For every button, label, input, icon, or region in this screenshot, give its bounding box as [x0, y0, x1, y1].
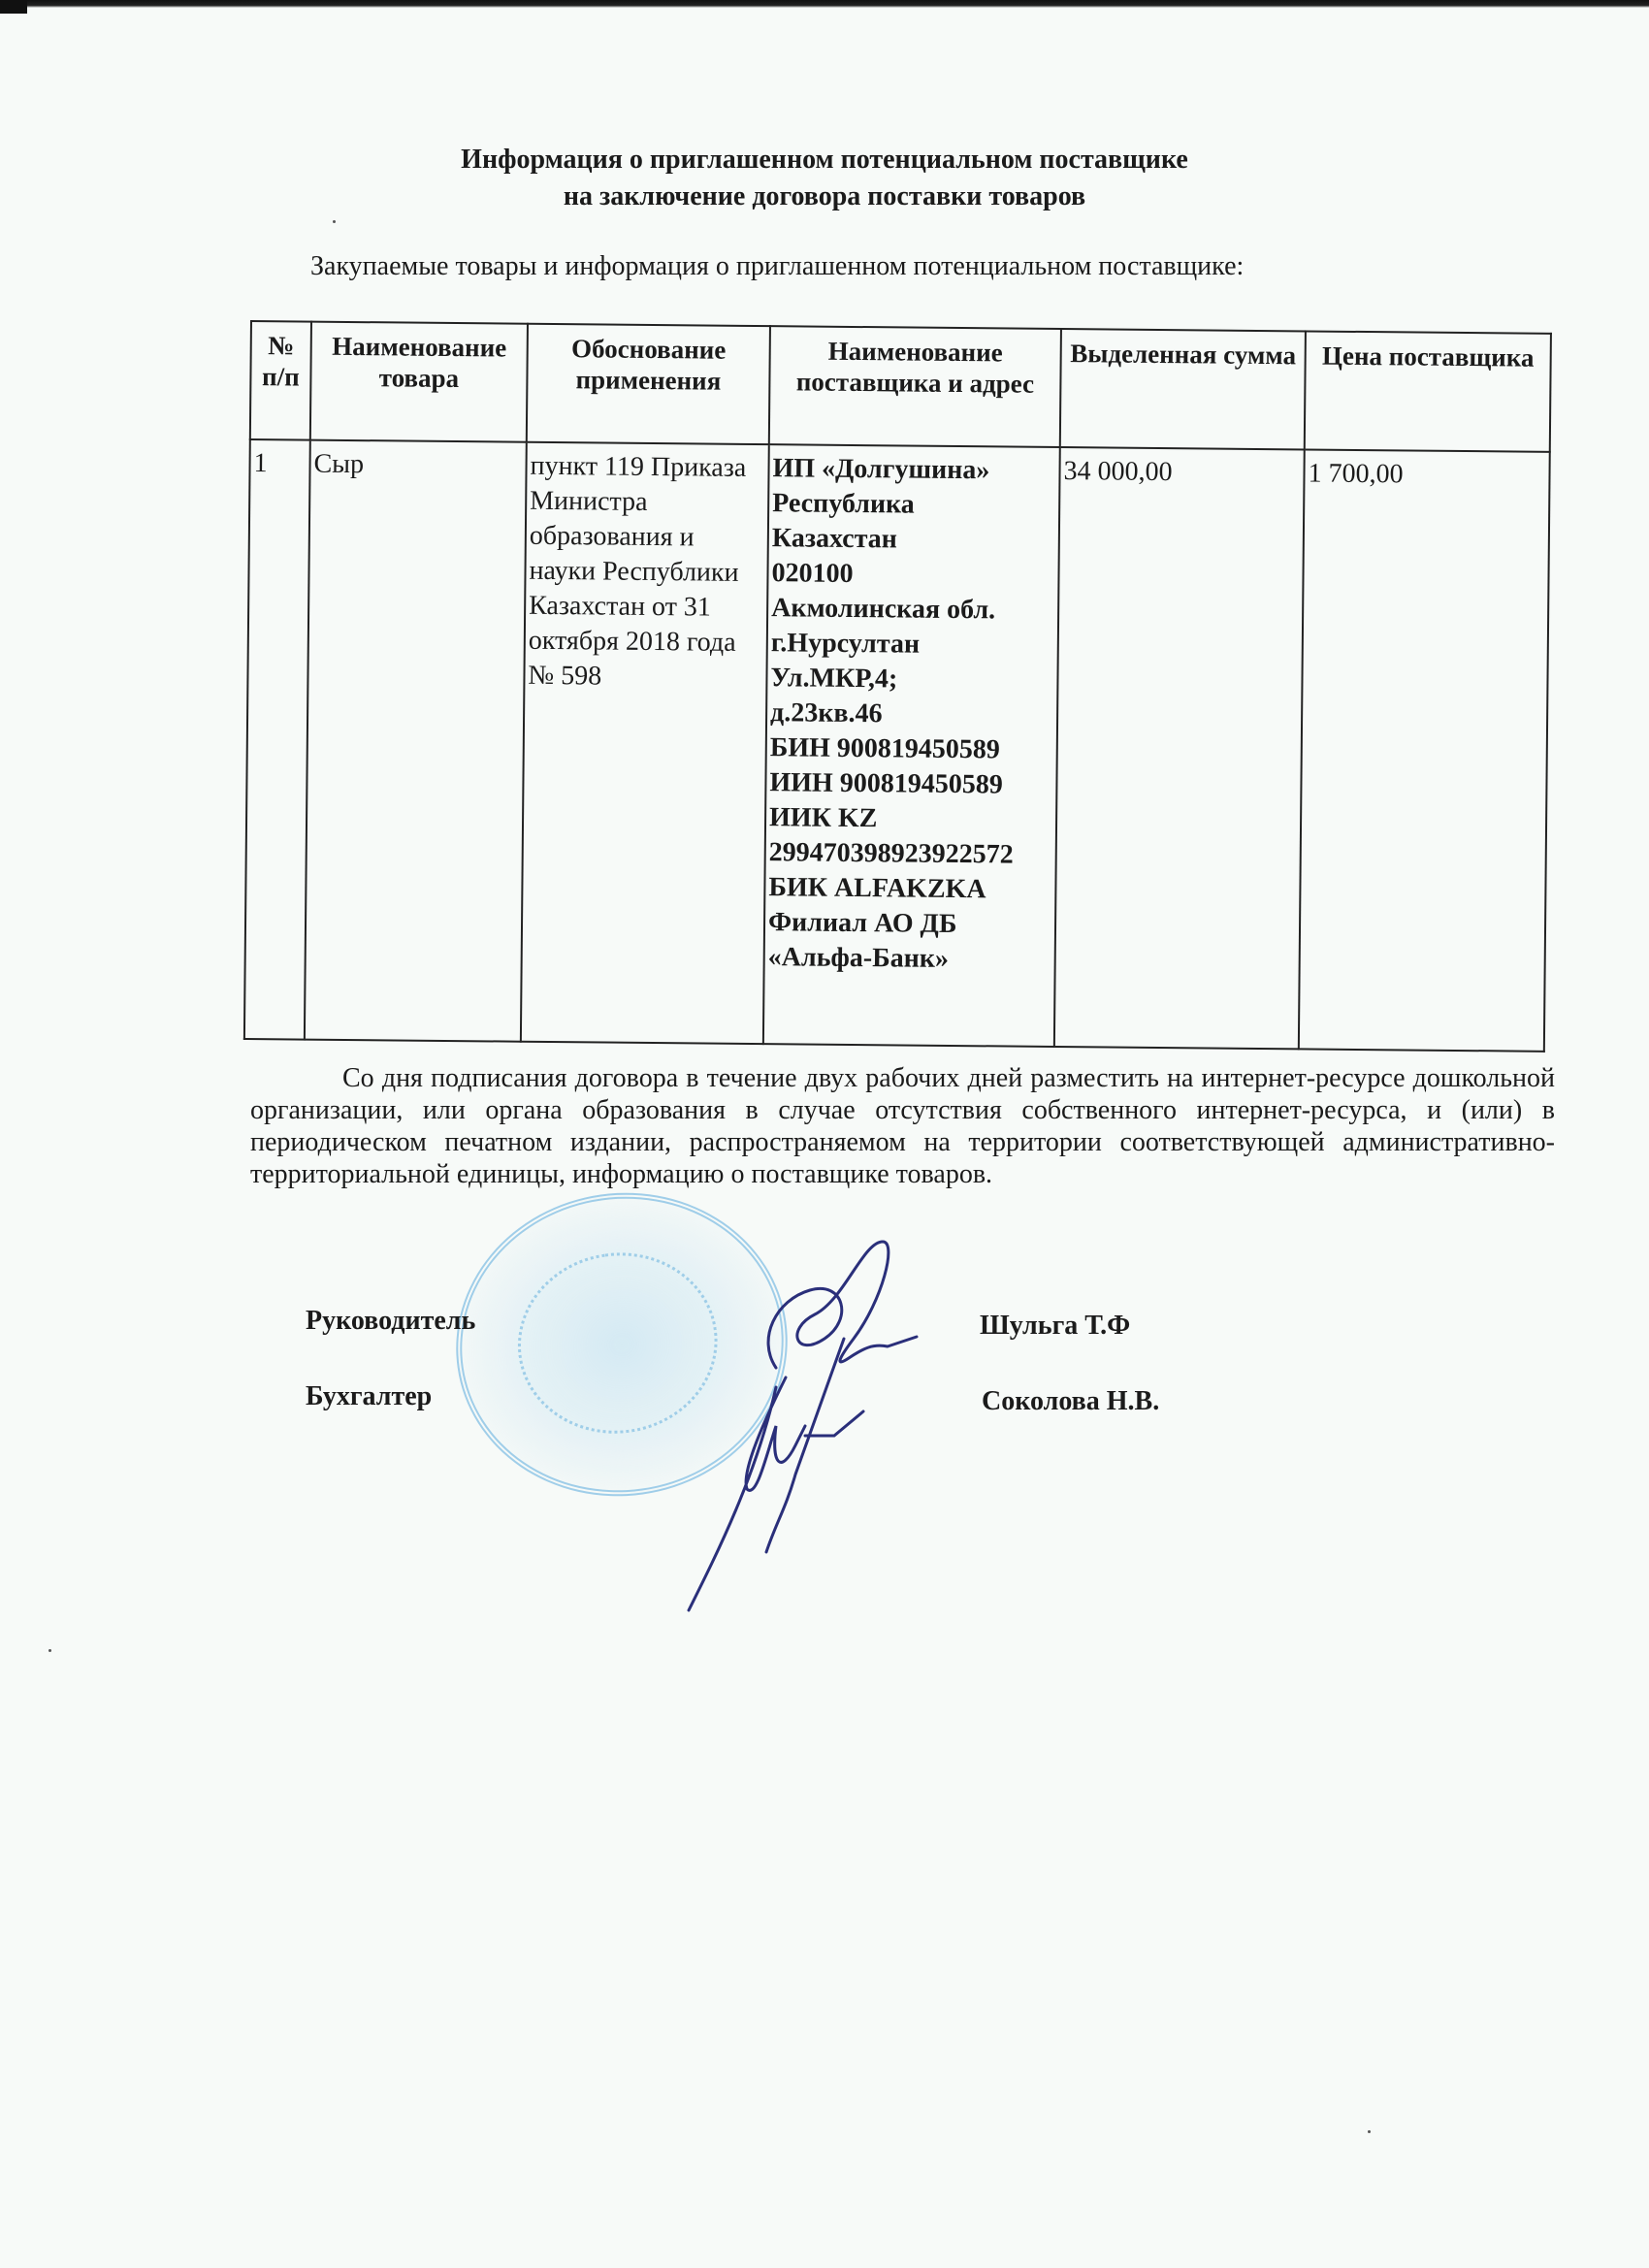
supplier-line: БИК ALFAKZKA: [768, 870, 1051, 908]
cell-supplier: ИП «Долгушина» Республика Казахстан 0201…: [763, 444, 1060, 1047]
accountant-label: Бухгалтер: [306, 1380, 432, 1413]
scan-edge-corner: [0, 0, 27, 14]
scan-edge-top: [0, 0, 1649, 8]
header-number: № п/п: [250, 321, 311, 440]
supplier-line: «Альфа-Банк»: [768, 940, 1051, 978]
supplier-line: БИН 900819450589: [770, 730, 1053, 768]
cell-justification: пункт 119 Приказа Министра образования и…: [521, 442, 769, 1044]
cell-allocated-amount: 34 000,00: [1054, 447, 1305, 1049]
cell-supplier-price: 1 700,00: [1299, 449, 1550, 1051]
publication-paragraph: Со дня подписания договора в течение дву…: [250, 1062, 1555, 1190]
supplier-line: Казахстан: [772, 521, 1055, 559]
supplier-line: Республика: [772, 486, 1055, 524]
header-supplier-price: Цена поставщика: [1305, 331, 1551, 451]
scan-speck: [1368, 2130, 1371, 2133]
supplier-line: Филиал АО ДБ: [768, 905, 1051, 943]
cell-product: Сыр: [305, 440, 527, 1042]
title-line-2: на заключение договора поставки товаров: [0, 178, 1649, 215]
document-title: Информация о приглашенном потенциальном …: [0, 142, 1649, 215]
director-name: Шульга Т.Ф: [980, 1310, 1130, 1343]
title-line-1: Информация о приглашенном потенциальном …: [0, 142, 1649, 178]
accountant-name: Соколова Н.В.: [982, 1385, 1159, 1418]
supplier-line: 020100: [771, 556, 1054, 594]
director-label: Руководитель: [306, 1305, 475, 1338]
supplier-line: 299470398923922572: [769, 835, 1052, 873]
supplier-line: ИИК KZ: [769, 800, 1052, 838]
signature-accountant-icon: [650, 1329, 902, 1620]
supplier-line: Ул.МКР,4;: [770, 661, 1053, 698]
document-subtitle: Закупаемые товары и информация о приглаш…: [310, 250, 1244, 283]
supplier-line: Акмолинская обл.: [771, 591, 1054, 629]
supplier-line: ИИН 900819450589: [769, 765, 1052, 803]
table-header-row: № п/п Наименование товара Обоснование пр…: [250, 321, 1551, 452]
table-row: 1 Сыр пункт 119 Приказа Министра образов…: [244, 439, 1550, 1052]
goods-table: № п/п Наименование товара Обоснование пр…: [243, 320, 1552, 1053]
scan-speck: [333, 220, 336, 223]
header-allocated-amount: Выделенная сумма: [1060, 329, 1306, 449]
header-product: Наименование товара: [310, 322, 528, 442]
header-justification: Обоснование применения: [527, 324, 770, 444]
supplier-line: ИП «Долгушина»: [772, 451, 1055, 489]
cell-number: 1: [244, 439, 310, 1040]
scan-speck: [48, 1649, 51, 1652]
header-supplier: Наименование поставщика и адрес: [769, 326, 1061, 447]
supplier-line: г.Нурсултан: [771, 626, 1054, 664]
supplier-line: д.23кв.46: [770, 696, 1053, 733]
